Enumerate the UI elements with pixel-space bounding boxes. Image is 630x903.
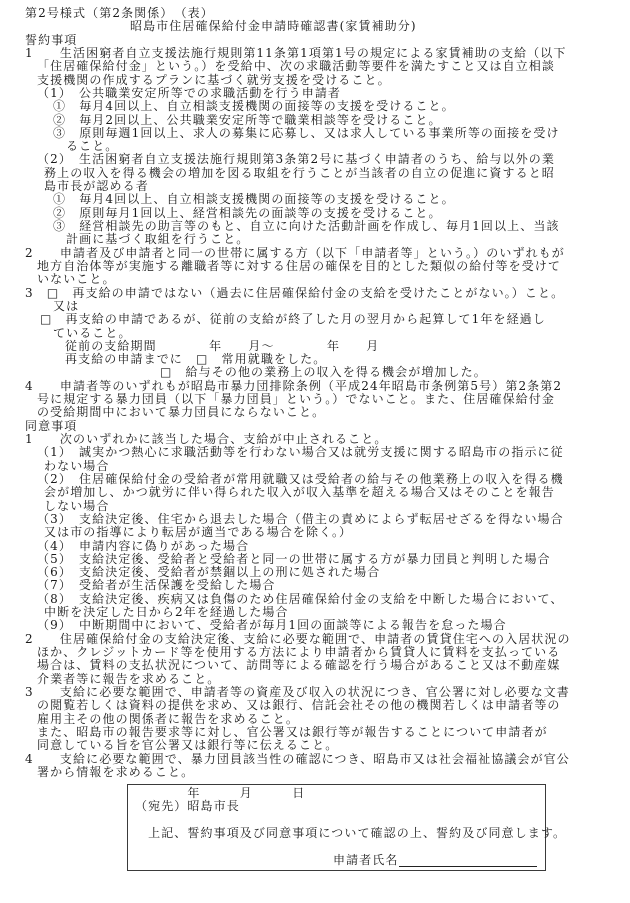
signature-line (399, 855, 537, 867)
doc-line: 計画に基づく取組を行うこと。 (0, 233, 630, 246)
doc-line: （1） 誠実かつ熱心に求職活動等を行わない場合又は就労支援に関する昭島市の指示に… (0, 446, 630, 459)
applicant-name-line: 申請者氏名 (135, 854, 545, 867)
doc-line: 会が増加し、かつ就労に伴い得られた収入が収入基準を超える場合又はそのことを報告 (0, 486, 630, 499)
doc-line: 同意している旨を官公署又は銀行等に伝えること。 (0, 739, 630, 752)
document-body: 誓約事項1 生活困窮者自立支援法施行規則第11条第1項第1号の規定による家賃補助… (0, 34, 630, 780)
doc-line: ② 毎月2回以上、公共職業安定所等で職業相談等を受けること。 (0, 114, 630, 127)
doc-line: 「住居確保給付金」という。）を受給中、次の求職活動等要件を満たすこと又は自立相談 (0, 60, 630, 73)
doc-line: 2 申請者及び申請者と同一の世帯に属する方（以下「申請者等」という。）のいずれも… (0, 247, 630, 260)
doc-line: 4 支給に必要な範囲で、暴力団員該当性の確認につき、昭島市又は社会福祉協議会が官… (0, 753, 630, 766)
doc-line: ② 原則毎月1回以上、経営相談先の面談等の支援を受けること。 (0, 207, 630, 220)
checkbox-line: □ 給与その他の業務上の収入を得る機会が増加した。 (0, 366, 630, 379)
doc-line: 署から情報を求めること。 (0, 766, 630, 779)
doc-line: 2 住居確保給付金の支給決定後、支給に必要な範囲で、申請者の賃貸住宅への入居状況… (0, 633, 630, 646)
checkbox-line: 3 □ 再支給の申請ではない（過去に住居確保給付金の支給を受けたことがない。）こ… (0, 287, 630, 300)
doc-line: 介業者等に報告を求めること。 (0, 673, 630, 686)
doc-line: わない場合 (0, 460, 630, 473)
spacer (135, 840, 545, 853)
doc-line: 雇用主その他の関係者に報告を求めること。 (0, 713, 630, 726)
page-title: 昭島市住居確保給付金申請時確認書(家賃補助分) (0, 20, 630, 33)
doc-line: ていること。 (0, 327, 630, 340)
doc-line: （4） 申請内容に偽りがあった場合 (0, 540, 630, 553)
doc-line: いないこと。 (0, 273, 630, 286)
section-heading-pledge: 誓約事項 (0, 34, 630, 47)
checkbox-line: □ 再支給の申請であるが、従前の支給が終了した月の翌月から起算して1年を経過し (0, 313, 630, 326)
doc-line: の受給期間中において暴力団員にならないこと。 (0, 406, 630, 419)
doc-line: 支援機関の作成するプランに基づく就労支援を受けること。 (0, 74, 630, 87)
doc-line: 又は市の指導により転居が適当である場合を除く。） (0, 526, 630, 539)
doc-line: （2） 生活困窮者自立支援法施行規則第3条第2号に基づく申請者のうち、給与以外の… (0, 153, 630, 166)
doc-line: ③ 原則毎週1回以上、求人の募集に応募し、又は求人している事業所等の面接を受け (0, 127, 630, 140)
doc-line: の閲覧若しくは資料の提供を求め、又は銀行、信託会社その他の機関若しくは申請者等の (0, 699, 630, 712)
doc-line: （7） 受給者が生活保護を受給した場合 (0, 579, 630, 592)
applicant-name-label: 申請者氏名 (333, 854, 399, 867)
section-heading-consent: 同意事項 (0, 420, 630, 433)
doc-line: ① 毎月4回以上、自立相談支援機関の面接等の支援を受けること。 (0, 193, 630, 206)
document-page: 第2号様式（第2条関係） （表） 昭島市住居確保給付金申請時確認書(家賃補助分)… (0, 0, 630, 903)
doc-line: （9） 中断期間中において、受給者が毎月1回の面談等による報告を怠った場合 (0, 619, 630, 632)
doc-line: 地方自治体等が実施する離職者等に対する住居の確保を目的とした類似の給付等を受けて (0, 260, 630, 273)
addressee-line: （宛先）昭島市長 (135, 800, 545, 813)
consent-box: 年 月 日 （宛先）昭島市長 上記、誓約事項及び同意事項について確認の上、誓約及… (127, 784, 546, 871)
confirmation-statement: 上記、誓約事項及び同意事項について確認の上、誓約及び同意します。 (135, 827, 545, 840)
doc-line: ① 毎月4回以上、自立相談支援機関の面接等の支援を受けること。 (0, 100, 630, 113)
doc-line: しない場合 (0, 500, 630, 513)
doc-line: 場合は、賃料の支払状況について、訪問等による確認を行う場合があること又は不動産媒 (0, 659, 630, 672)
